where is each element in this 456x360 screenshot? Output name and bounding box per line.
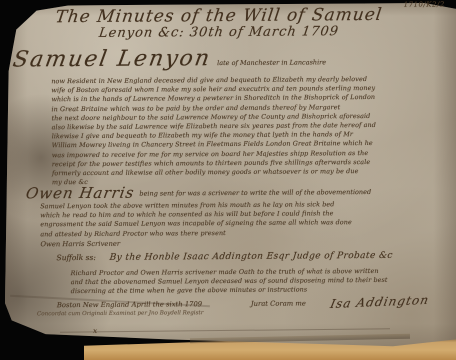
latin-certification-line: Concordat cum Originali Examinat per Jno…: [37, 310, 203, 317]
manuscript-line: and attested by Richard Proctor who was …: [40, 227, 454, 239]
manuscript-photo: 1710/K2/2 The Minutes of the Will of Sam…: [0, 0, 456, 360]
manuscript-text-layer: 1710/K2/2 The Minutes of the Will of Sam…: [0, 0, 456, 360]
jurat-clause: Jurat Coram me: [251, 299, 306, 307]
scrivener-attribution: Owen Harris Scrivener: [40, 240, 120, 249]
probate-oath-paragraph: Richard Proctor and Owen Harris scrivene…: [71, 266, 456, 296]
testator-name-engrossed: Samuel Lenyon: [11, 46, 213, 72]
probate-judge-heading: By the Honble Isaac Addington Esqr Judge…: [109, 251, 393, 263]
opening-row: Samuel Lenyon late of Manchester in Lanc…: [13, 44, 443, 72]
opening-continuation: late of Manchester in Lancashire: [217, 58, 326, 71]
stray-pen-mark: x: [93, 327, 97, 335]
judge-signature: Isa Addington: [329, 293, 431, 311]
place-and-date-line: Boston New England Aprill the sixth 1709: [57, 300, 202, 309]
title-line-2: Lenyon &c: 30th of March 1709: [0, 24, 440, 42]
will-bequest-paragraph: now Resident in New England deceased did…: [51, 74, 452, 187]
title-block: The Minutes of the Will of Samuel Lenyon…: [0, 5, 439, 42]
probate-heading-row: Suffolk ss: By the Honble Isaac Addingto…: [57, 250, 456, 263]
jurisdiction-margin-note: Suffolk ss:: [57, 253, 96, 262]
scrivener-name-engrossed: Owen Harris: [25, 184, 136, 203]
scrivener-paragraph: Samuel Lenyon took the above written min…: [40, 199, 454, 239]
